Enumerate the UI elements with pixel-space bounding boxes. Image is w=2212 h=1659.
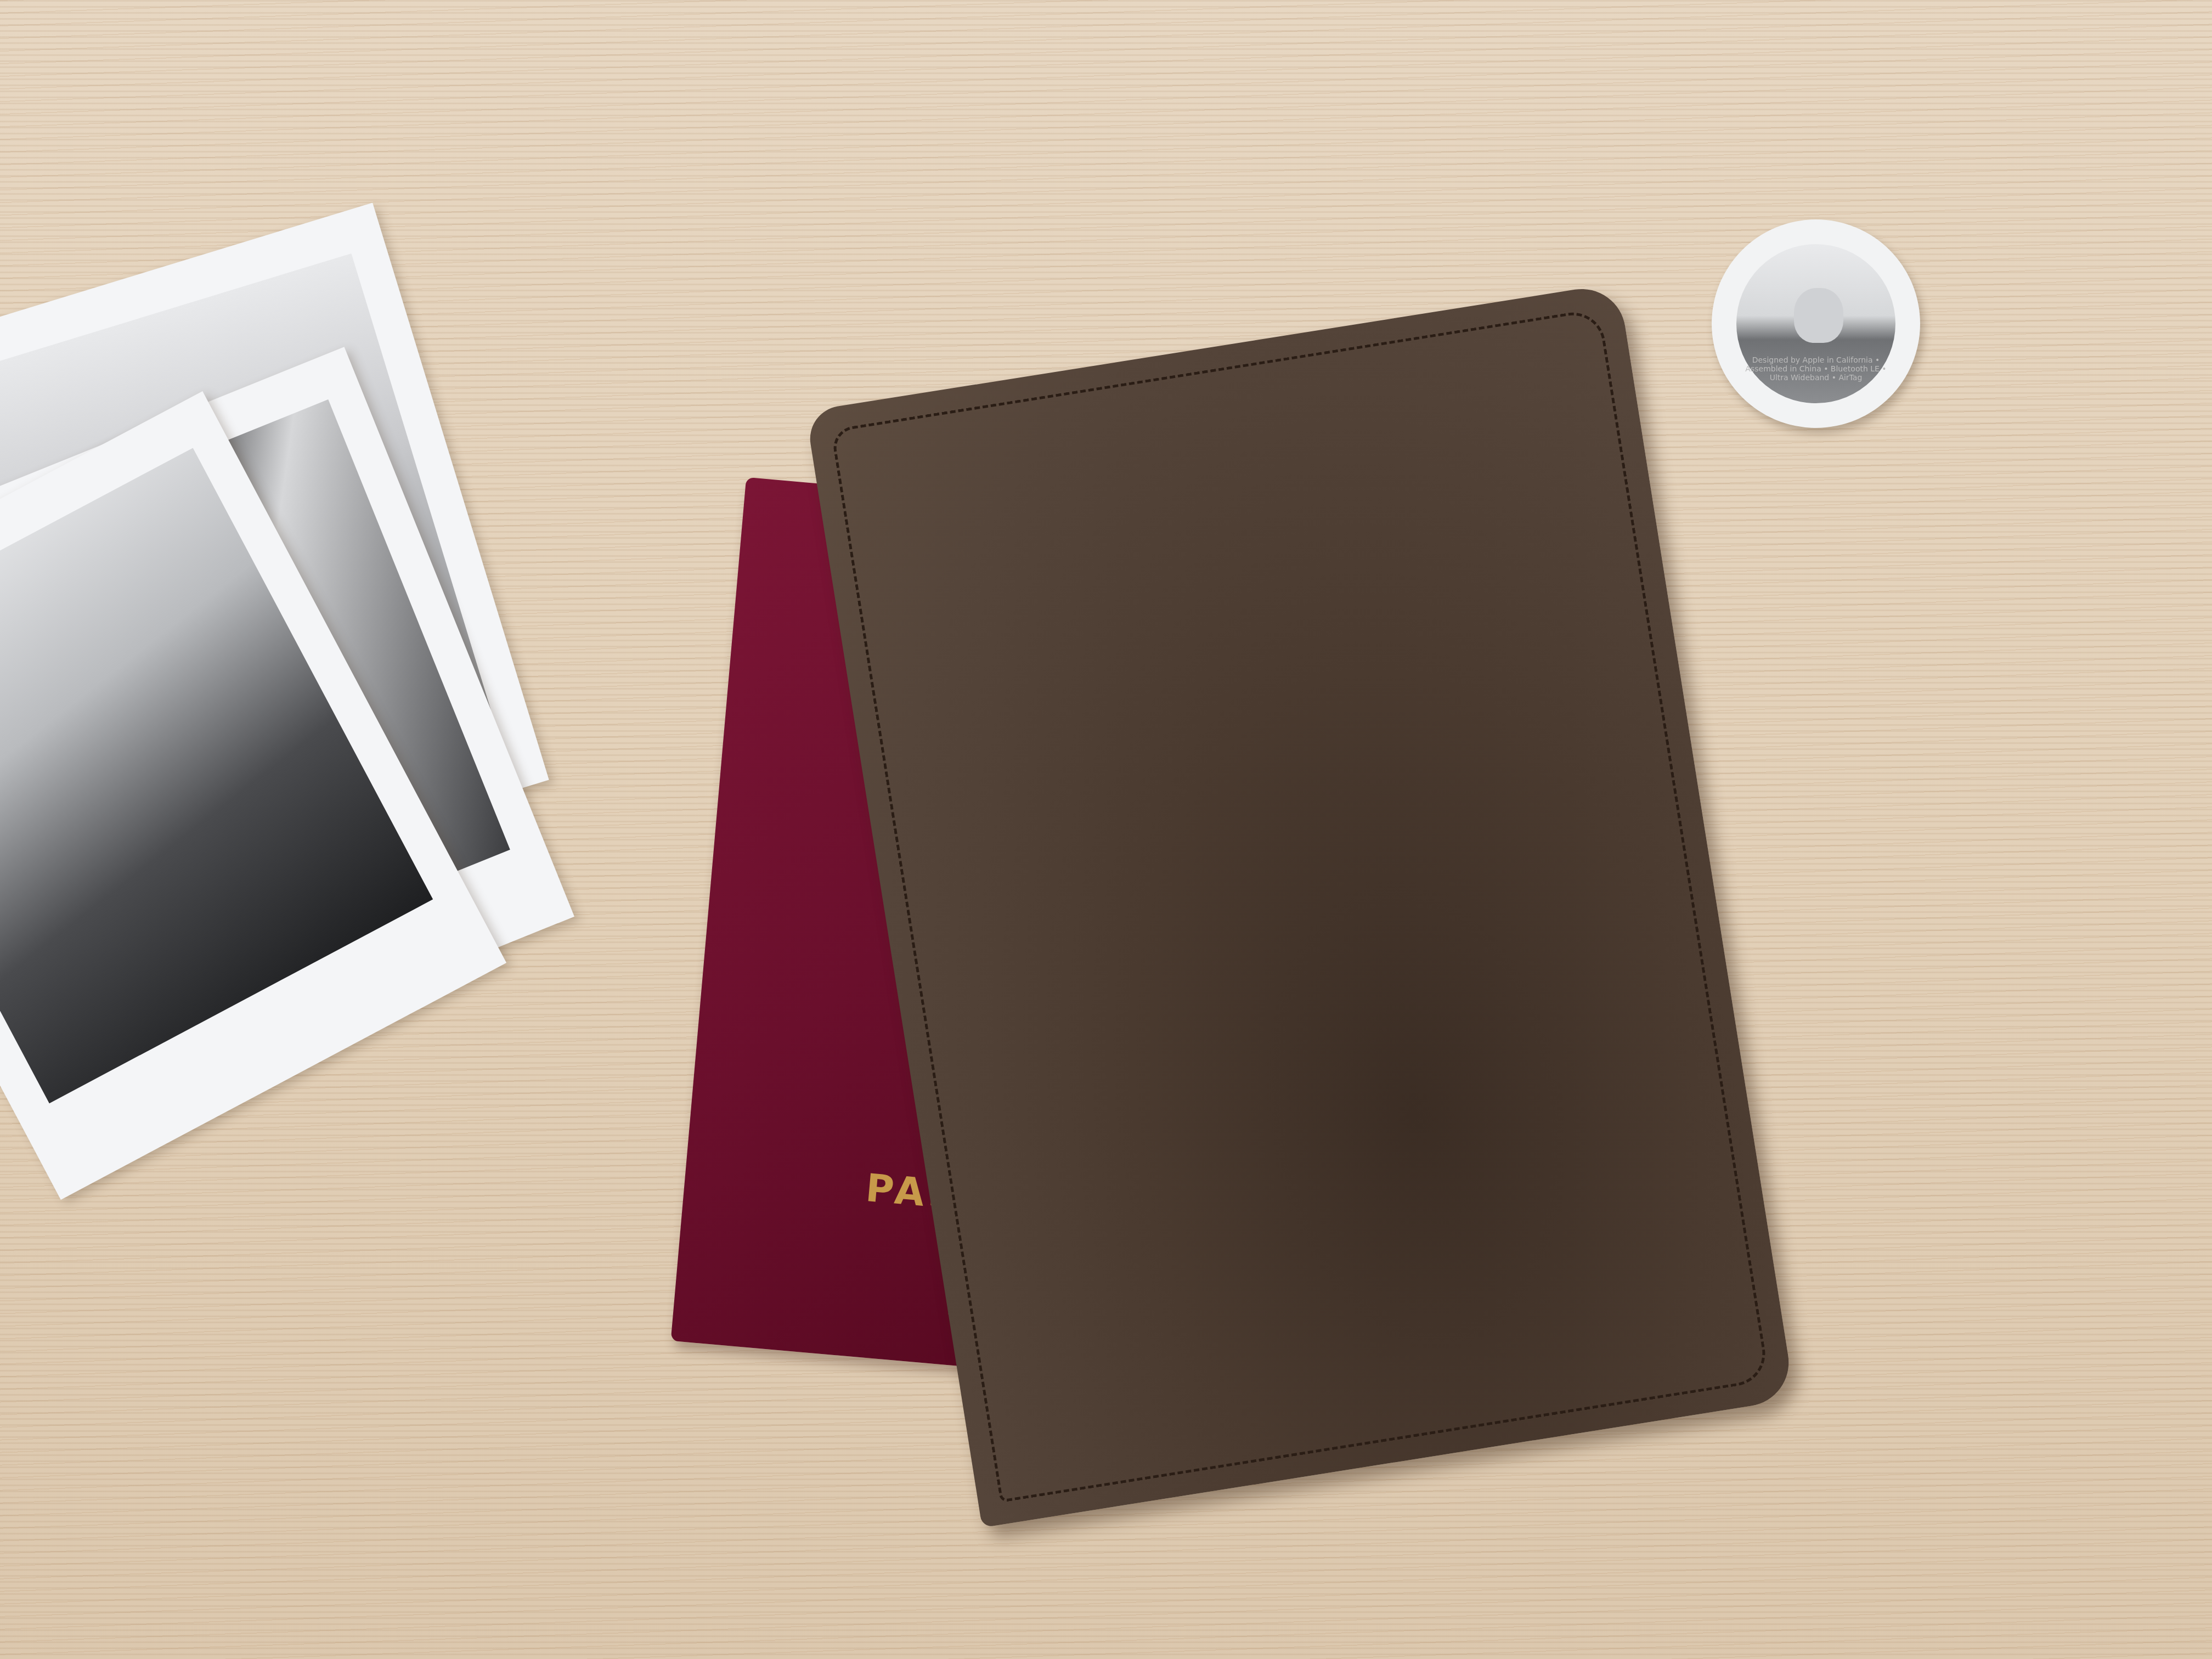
apple-logo-icon [1794, 288, 1843, 343]
airtag-engraving: Designed by Apple in California • Assemb… [1736, 356, 1895, 382]
airtag-face: Designed by Apple in California • Assemb… [1736, 244, 1895, 403]
leather-passport-cover [805, 283, 1795, 1527]
stitching [831, 308, 1770, 1503]
wood-table-background: L PASA Designed by Apple in California •… [0, 0, 2212, 1659]
airtag: Designed by Apple in California • Assemb… [1712, 219, 1920, 428]
